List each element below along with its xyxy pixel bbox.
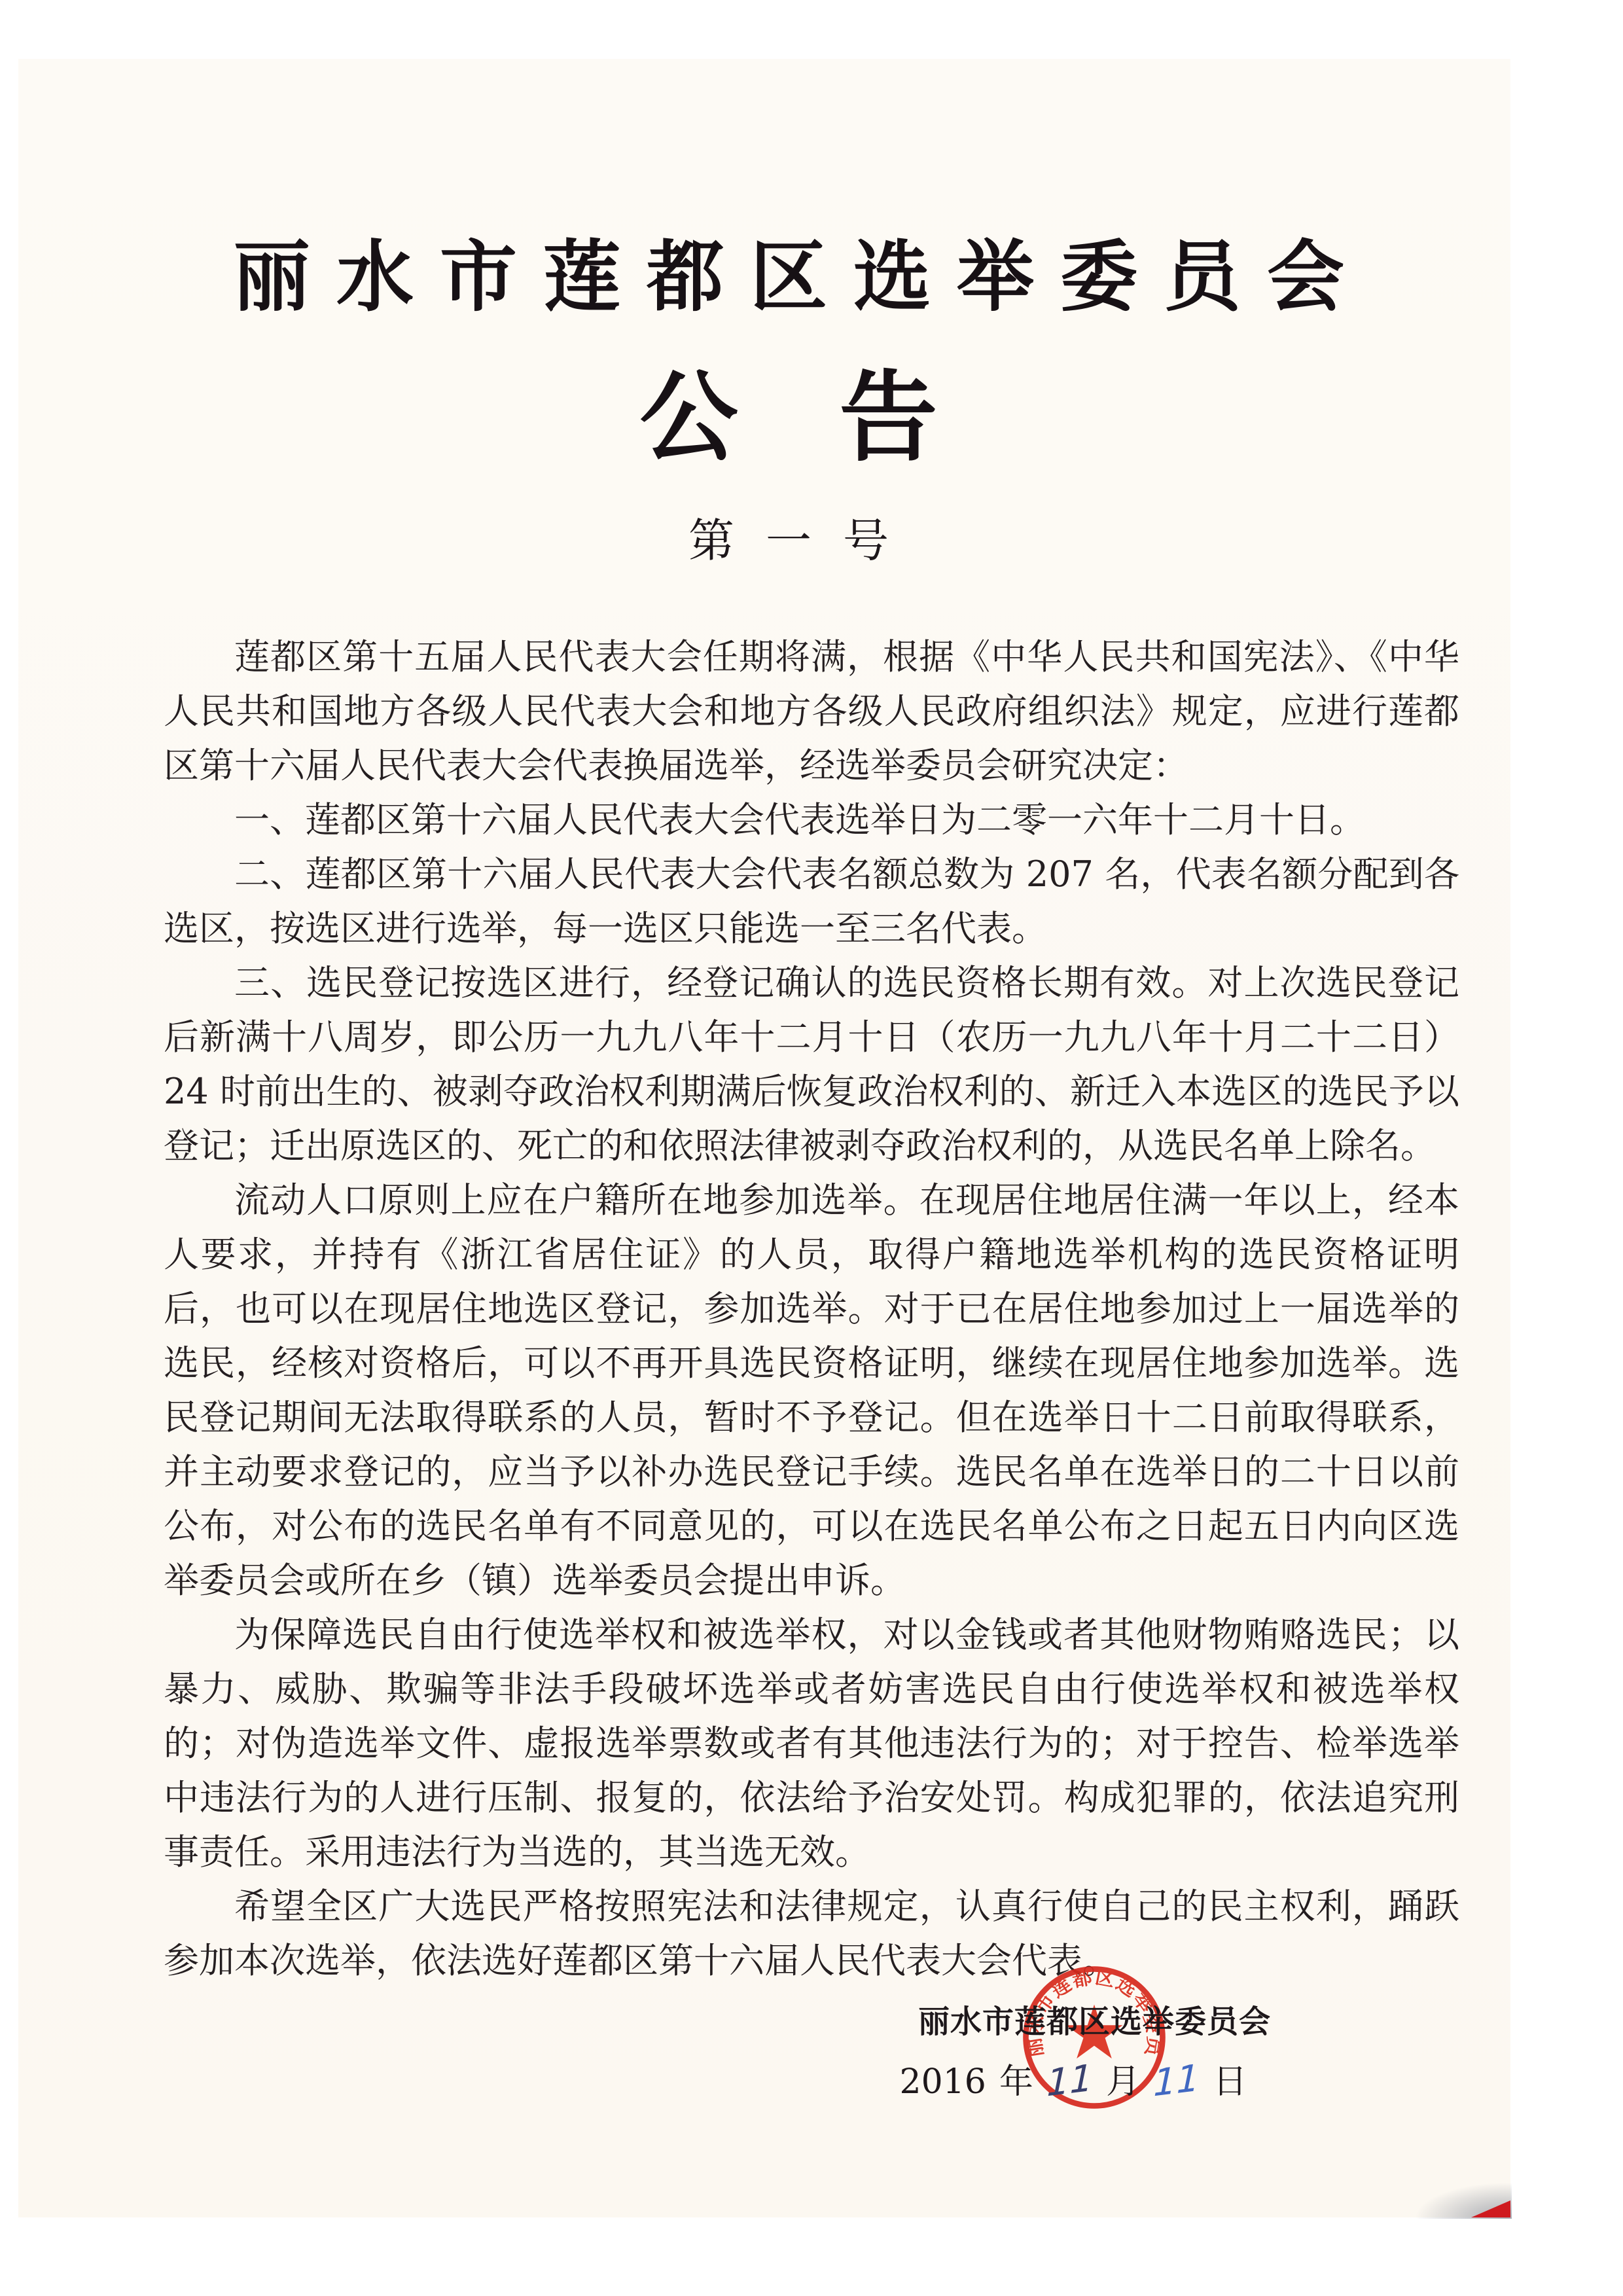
date-day-label: 日 xyxy=(1213,2062,1247,2102)
paragraph: 希望全区广大选民严格按照宪法和法律规定，认真行使自己的民主权利，踊跃参加本次选举… xyxy=(164,1879,1459,1988)
signature-authority: 丽水市莲都区选举委员会 xyxy=(918,2000,1285,2044)
date-day-handwritten: 11 xyxy=(1153,2052,1200,2110)
date-line: 2016年11月11日 xyxy=(857,2055,1289,2108)
date-year-label: 年 xyxy=(999,2062,1033,2102)
document-type-heading: 公告 xyxy=(0,364,1577,472)
paragraph: 为保障选民自由行使选举权和被选举权，对以金钱或者其他财物贿赂选民；以暴力、威胁、… xyxy=(164,1607,1459,1879)
date-month-handwritten: 11 xyxy=(1046,2052,1093,2110)
paragraph: 二、莲都区第十六届人民代表大会代表名额总数为 207 名，代表名额分配到各选区，… xyxy=(164,847,1459,956)
paragraph: 三、选民登记按选区进行，经登记确认的选民资格长期有效。对上次选民登记后新满十八周… xyxy=(164,956,1459,1173)
paragraph: 流动人口原则上应在户籍所在地参加选举。在现居住地居住满一年以上，经本人要求，并持… xyxy=(164,1173,1459,1607)
document-number-heading: 第一号 xyxy=(0,516,1577,566)
paragraph: 一、莲都区第十六届人民代表大会代表选举日为二零一六年十二月十日。 xyxy=(164,793,1459,847)
paragraph: 莲都区第十五届人民代表大会任期将满，根据《中华人民共和国宪法》、《中华人民共和国… xyxy=(164,630,1459,793)
issuing-authority-title: 丽水市莲都区选举委员会 xyxy=(0,234,1577,319)
notice-body: 莲都区第十五届人民代表大会任期将满，根据《中华人民共和国宪法》、《中华人民共和国… xyxy=(164,630,1459,1988)
date-year: 2016 xyxy=(900,2062,986,2102)
scanned-page: 丽水市莲都区选举委员会 公告 第一号 莲都区第十五届人民代表大会任期将满，根据《… xyxy=(0,0,1623,2296)
date-month-label: 月 xyxy=(1106,2062,1140,2102)
